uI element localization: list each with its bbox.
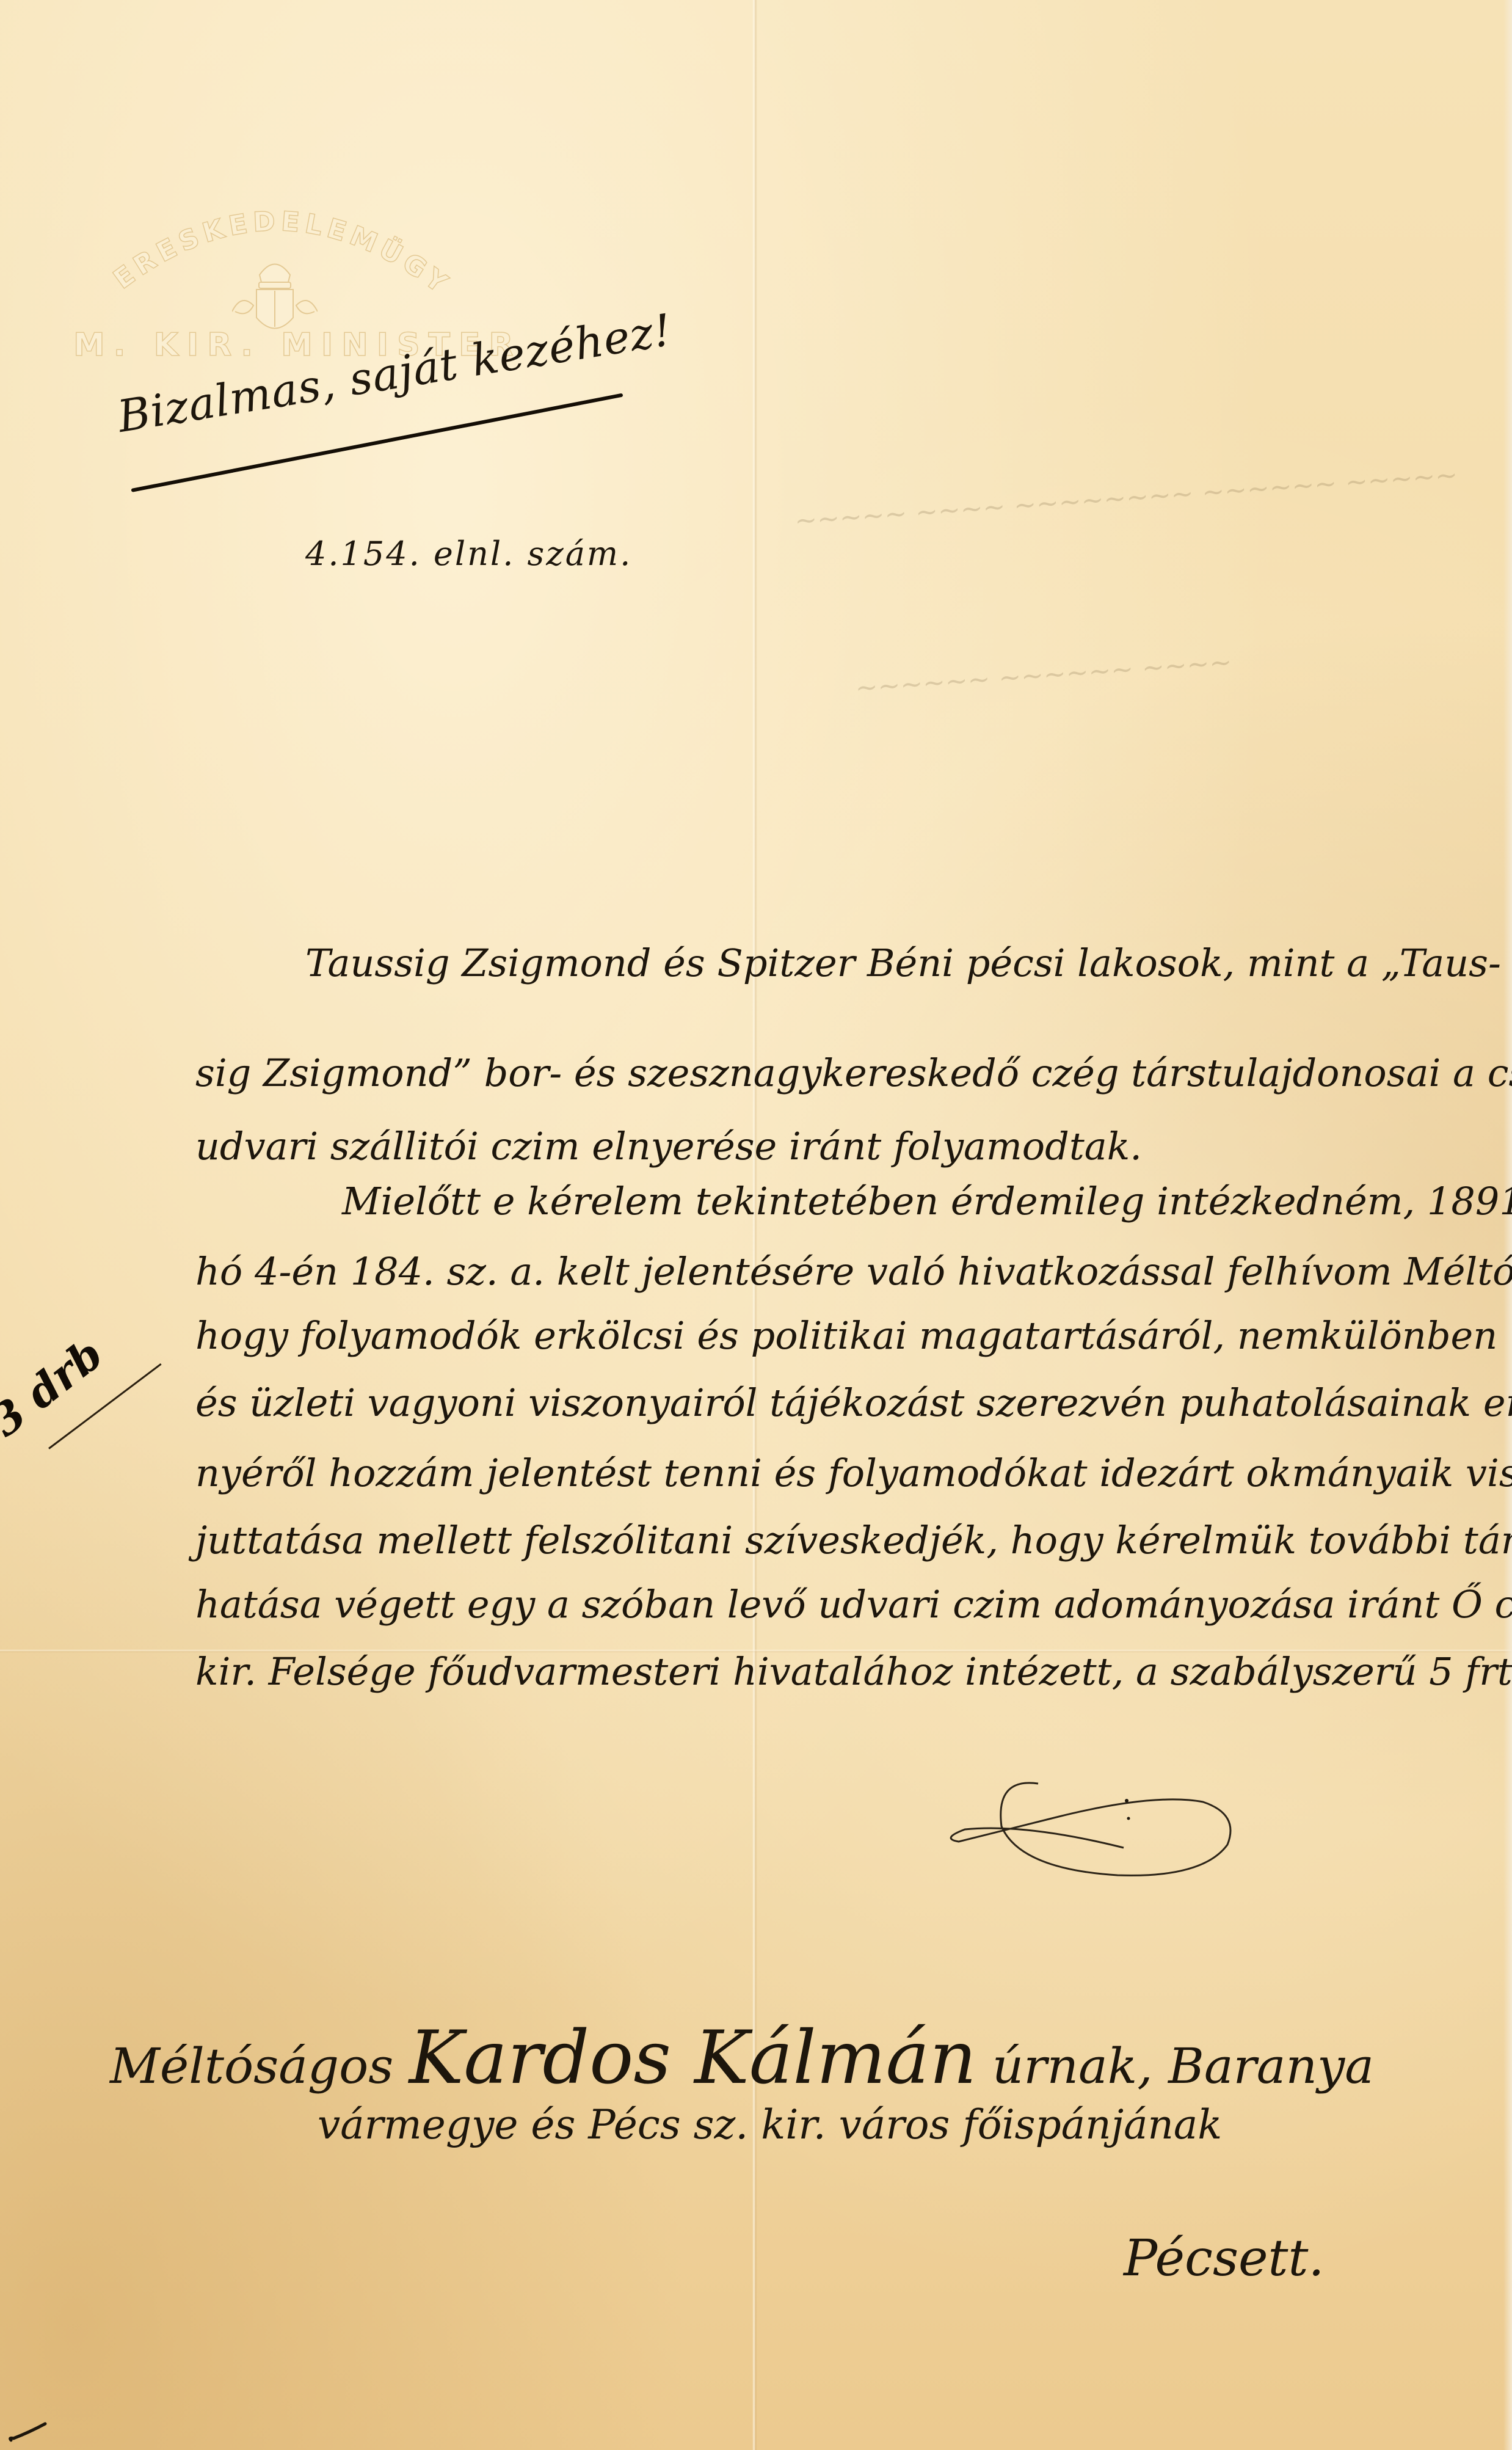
body-line-4: Mielőtt e kérelem tekintetében érdemileg… xyxy=(342,1179,1512,1223)
paper-edge xyxy=(1503,0,1512,2450)
body-line-9: juttatása mellett felszólitani szívesked… xyxy=(195,1518,1512,1562)
body-line-6: hogy folyamodók erkölcsi és politikai ma… xyxy=(195,1313,1512,1358)
body-line-5: hó 4-én 184. sz. a. kelt jelentésére val… xyxy=(195,1249,1512,1294)
body-line-1: Taussig Zsigmond és Spitzer Béni pécsi l… xyxy=(305,941,1501,985)
addressee-salutation: Méltóságos xyxy=(110,2038,393,2095)
addressee-line: Méltóságos Kardos Kálmán úrnak, Baranya xyxy=(110,2016,1374,2101)
body-line-11: kir. Felsége főudvarmesteri hivatalához … xyxy=(195,1649,1512,1694)
destination-place: Pécsett. xyxy=(1124,2229,1325,2288)
body-line-2: sig Zsigmond” bor- és szesznagykereskedő… xyxy=(195,1051,1512,1095)
body-line-10: hatása végett egy a szóban levő udvari c… xyxy=(195,1582,1512,1627)
reference-number: 4.154. elnl. szám. xyxy=(305,534,632,573)
flourish-icon xyxy=(934,1759,1252,1881)
body-line-8: nyéről hozzám jelentést tenni és folyamo… xyxy=(195,1451,1512,1495)
addressee-name: Kardos Kálmán xyxy=(409,2016,977,2101)
addressee-office: vármegye és Pécs sz. kir. város főispánj… xyxy=(318,2101,1222,2148)
embossed-letterhead: KERESKEDELEMÜGYI M. KIR. MINISTER xyxy=(67,183,482,360)
body-line-3: udvari szállitói czim elnyerése iránt fo… xyxy=(195,1124,1142,1168)
addressee-title: úrnak, Baranya xyxy=(992,2038,1374,2095)
checkmark-icon xyxy=(5,2419,48,2443)
body-line-7: és üzleti vagyoni viszonyairól tájékozás… xyxy=(195,1380,1512,1425)
